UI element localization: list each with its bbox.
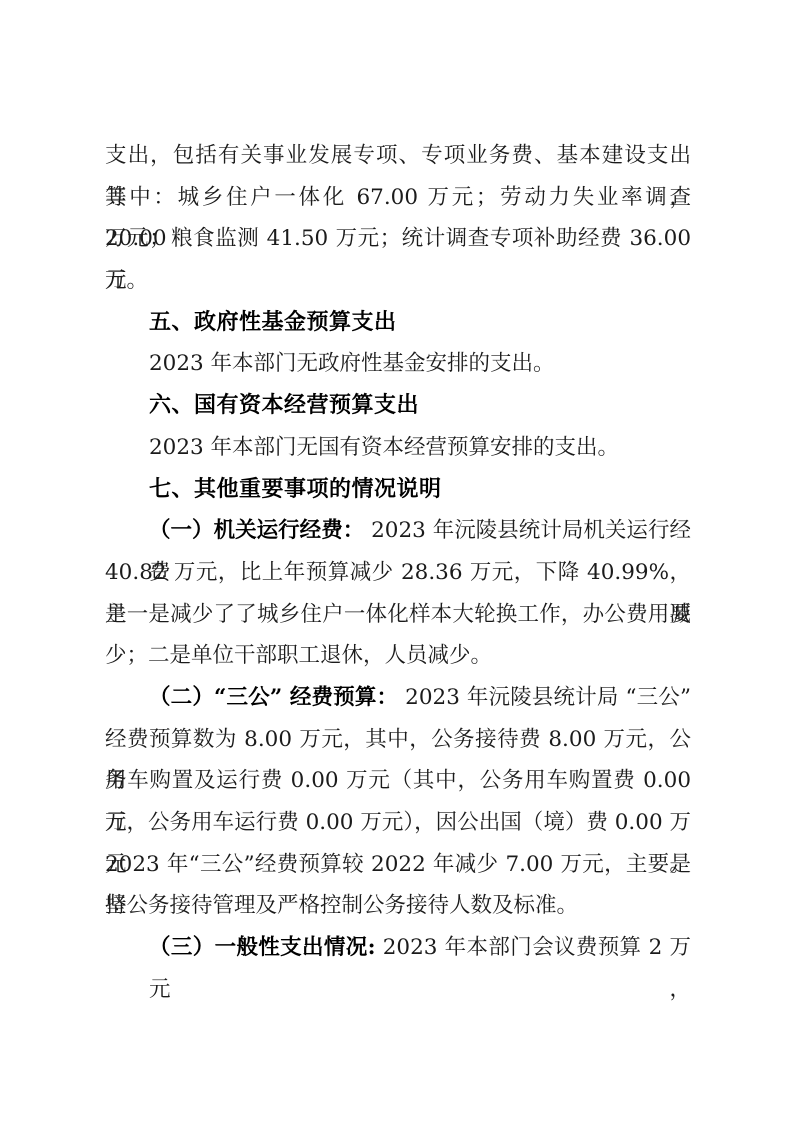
text-line: 少；二是单位干部职工退休，人员减少。: [105, 635, 691, 677]
text-run: 2023 年沅陵县统计局 “三公”: [398, 685, 691, 710]
bold-text-run: （二）“三公” 经费预算：: [149, 685, 398, 710]
text-line: （一）机关运行经费： 2023 年沅陵县统计局机关运行经费: [105, 510, 691, 552]
section-heading: 六、国有资本经营预算支出: [105, 385, 691, 427]
text-line: （二）“三公” 经费预算： 2023 年沅陵县统计局 “三公”: [105, 677, 691, 719]
text-line: 其中：城乡住户一体化 67.00 万元；劳动力失业率调查 20.00: [105, 177, 691, 219]
document-content: 支出，包括有关事业发展专项、专项业务费、基本建设支出等，其中：城乡住户一体化 6…: [105, 135, 691, 969]
text-run: 是一是减少了了城乡住户一体化样本大轮换工作，办公费用减: [105, 602, 691, 627]
text-line: 经费预算数为 8.00 万元，其中，公务接待费 8.00 万元，公务: [105, 719, 691, 761]
text-line: 2023 年“三公”经费预算较 2022 年减少 7.00 万元，主要是坚: [105, 844, 691, 886]
document-page: 支出，包括有关事业发展专项、专项业务费、基本建设支出等，其中：城乡住户一体化 6…: [0, 0, 793, 1122]
text-line: 2023 年本部门无政府性基金安排的支出。: [105, 343, 691, 385]
text-line: 是一是减少了了城乡住户一体化样本大轮换工作，办公费用减: [105, 594, 691, 636]
text-run: 2023 年本部门无国有资本经营预算安排的支出。: [149, 435, 619, 460]
text-line: 用车购置及运行费 0.00 万元（其中，公务用车购置费 0.00 万: [105, 760, 691, 802]
text-run: 少；二是单位干部职工退休，人员减少。: [105, 643, 492, 668]
bold-text-run: （三）一般性支出情况:: [149, 935, 376, 960]
text-line: 2023 年本部门无国有资本经营预算安排的支出。: [105, 427, 691, 469]
text-line: 元。: [105, 260, 691, 302]
text-run: 2023 年本部门无政府性基金安排的支出。: [149, 351, 555, 376]
text-run: 持公务接待管理及严格控制公务接待人数及标准。: [105, 893, 578, 918]
bold-text-run: 七、其他重要事项的情况说明: [149, 477, 442, 502]
text-line: （三）一般性支出情况: 2023 年本部门会议费预算 2 万元，: [105, 927, 691, 969]
section-heading: 五、政府性基金预算支出: [105, 302, 691, 344]
bold-text-run: （一）机关运行经费：: [149, 518, 364, 543]
text-run: 元。: [105, 268, 148, 293]
section-heading: 七、其他重要事项的情况说明: [105, 469, 691, 511]
text-line: 40.82 万元，比上年预算减少 28.36 万元，下降 40.99%，主要: [105, 552, 691, 594]
text-line: 万元；粮食监测 41.50 万元；统计调查专项补助经费 36.00 万: [105, 218, 691, 260]
bold-text-run: 六、国有资本经营预算支出: [149, 393, 419, 418]
bold-text-run: 五、政府性基金预算支出: [149, 310, 397, 335]
text-line: 支出，包括有关事业发展专项、专项业务费、基本建设支出等，: [105, 135, 691, 177]
text-line: 元，公务用车运行费 0.00 万元），因公出国（境）费 0.00 万元。: [105, 802, 691, 844]
text-line: 持公务接待管理及严格控制公务接待人数及标准。: [105, 885, 691, 927]
